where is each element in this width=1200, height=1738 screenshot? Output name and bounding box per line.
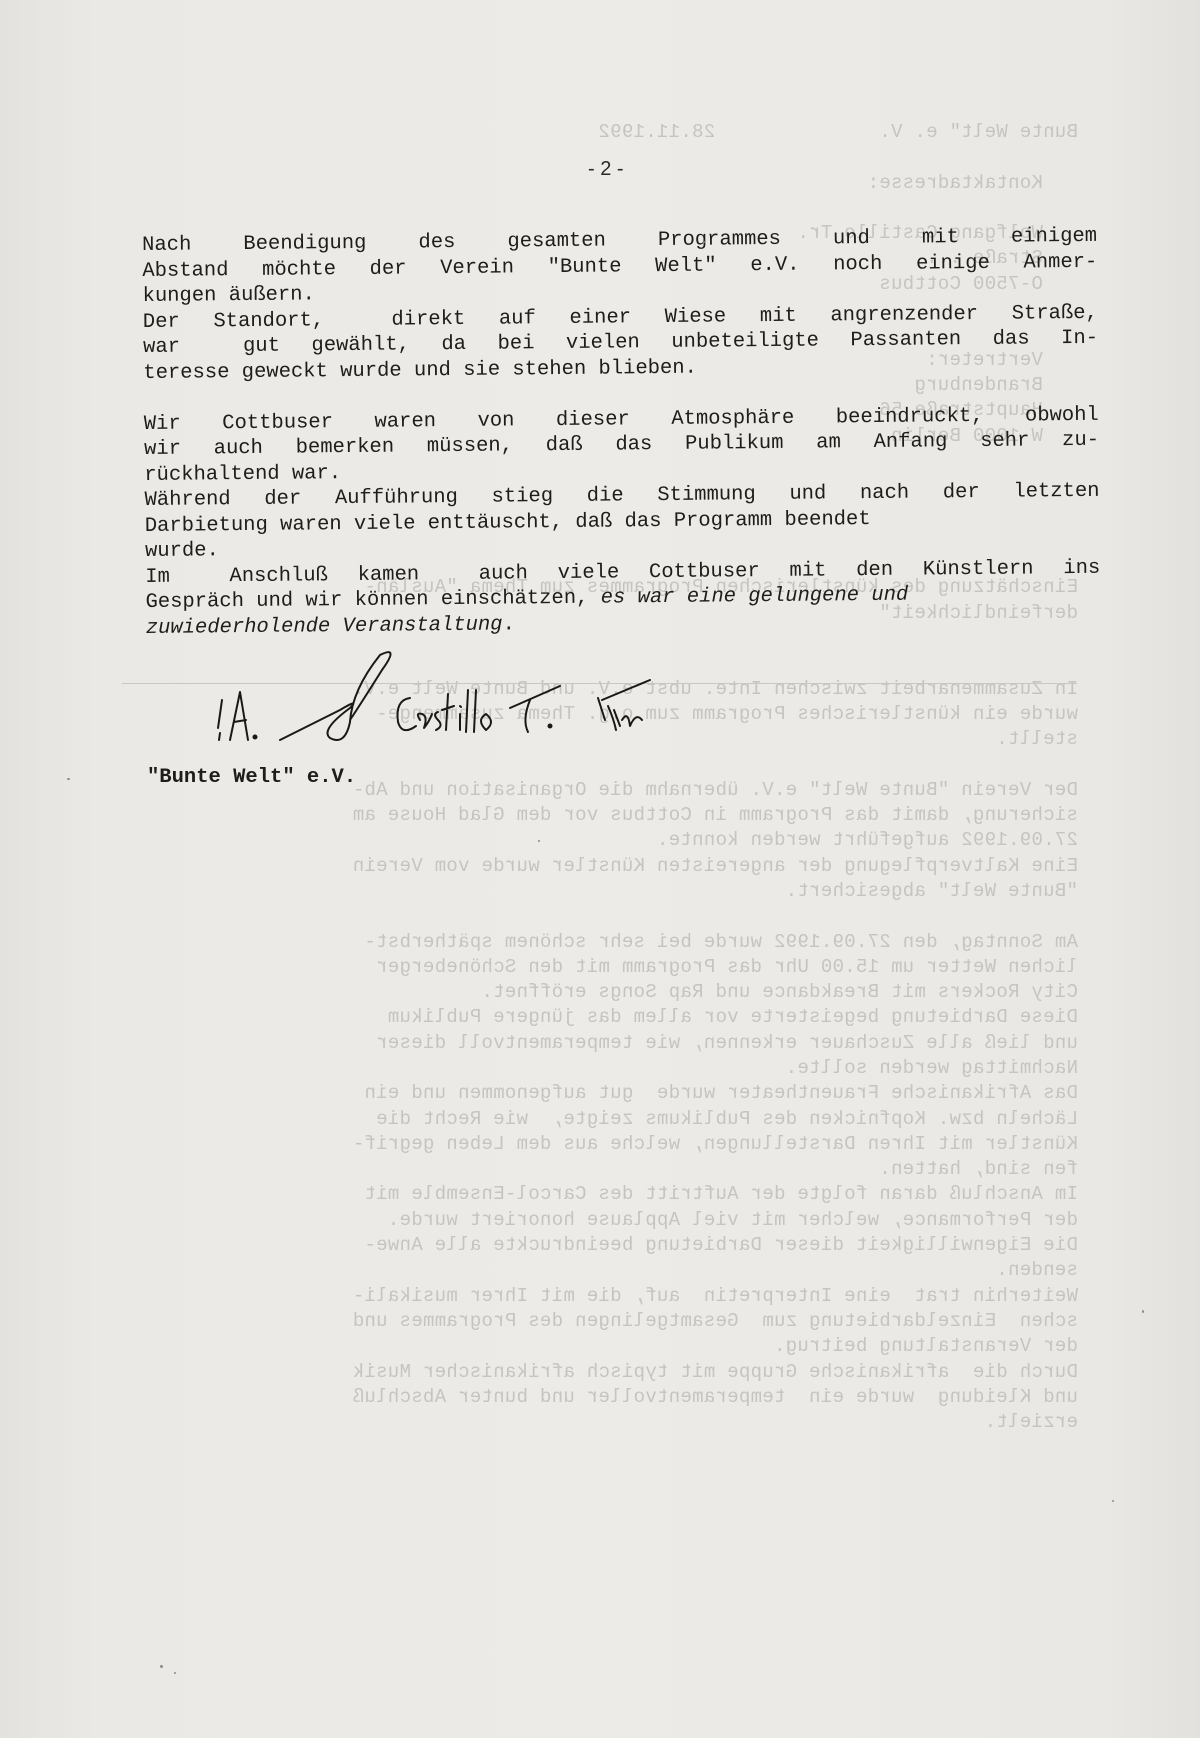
paragraph-atmosphere: Wir Cottbuser waren von dieser Atmosphär… <box>144 402 1101 641</box>
page-number: - 2 - <box>588 158 624 181</box>
show-through-line: 27.09.1992 aufgeführt werden konnte. <box>118 828 1078 853</box>
italic-conclusion-a: es war eine gelungene und <box>601 584 909 610</box>
paper-speck <box>67 778 70 780</box>
final-period: . <box>502 613 515 636</box>
show-through-line: und Kleidung wurde ein temperamentvoller… <box>118 1385 1078 1410</box>
show-through-line <box>118 196 1078 221</box>
show-through-line: Die Eigenwilligkeit dieser Darbietung be… <box>118 1233 1078 1258</box>
show-through-line: fen sind, hatten. <box>118 1157 1078 1182</box>
paper-speck <box>174 1672 176 1674</box>
paper-speck <box>538 840 540 842</box>
paragraph-remarks: Nach Beendigung des gesamten Programmes … <box>142 224 1098 386</box>
show-through-line: Das Afrikanische Frauentheater wurde gut… <box>118 1081 1078 1106</box>
show-through-line: erzielt. <box>118 1410 1078 1435</box>
signature-T <box>510 686 560 732</box>
organization-name: "Bunte Welt" e.V. <box>147 766 356 789</box>
show-through-line: und ließ alle Zuschauer erkennen, wie te… <box>118 1031 1078 1056</box>
signature-initial <box>280 652 391 740</box>
letter-body: Nach Beendigung des gesamten Programmes … <box>142 224 1101 667</box>
show-through-line: Am Sonntag, den 27.09.1992 wurde bei seh… <box>118 930 1078 955</box>
show-through-line: Bunte Welt" e. V. 28.11.1992 <box>118 120 1078 145</box>
show-through-line: Lächeln bzw. Kopfnicken des Publikums ze… <box>118 1107 1078 1132</box>
show-through-line: lichen Wetter um 15.00 Uhr das Programm … <box>118 955 1078 980</box>
signature-A <box>230 692 248 740</box>
show-through-line: senden. <box>118 1258 1078 1283</box>
show-through-line: sicherung, damit das Programm in Cottbus… <box>118 803 1078 828</box>
document-page: Bunte Welt" e. V. 28.11.1992 Kontaktadre… <box>0 0 1200 1738</box>
show-through-line: City Rockers mit Breakdance und Rap Song… <box>118 980 1078 1005</box>
show-through-line: Diese Darbietung begeisterte vor allem d… <box>118 1005 1078 1030</box>
show-through-line: Durch die afrikanische Gruppe mit typisc… <box>118 1360 1078 1385</box>
signature-tail <box>598 680 650 730</box>
signature-i <box>218 700 222 740</box>
show-through-line: Eine Kaltverpflegung der angereisten Kün… <box>118 854 1078 879</box>
show-through-line: Nachmittag werden sollte. <box>118 1056 1078 1081</box>
paper-speck <box>703 241 705 243</box>
show-through-line: der Performance, welcher mit viel Applau… <box>118 1208 1078 1233</box>
paper-speck <box>1112 1500 1114 1502</box>
text-segment: Gespräch und wir können einschätzen, <box>145 587 600 614</box>
show-through-line <box>118 904 1078 929</box>
italic-conclusion-b: zuwiederholende Veranstaltung <box>146 613 503 639</box>
show-through-line: der Veranstaltung beitrug. <box>118 1334 1078 1359</box>
paper-speck <box>1142 1310 1144 1313</box>
show-through-line: Weiterhin trat eine Interpretin auf, die… <box>118 1284 1078 1309</box>
show-through-line: "Bunte Welt" abgesichert. <box>118 879 1078 904</box>
signature-castillo <box>398 690 492 732</box>
show-through-line: schen Einzeldarbietung zum Gesamtgelinge… <box>118 1309 1078 1334</box>
show-through-line: Im Anschluß daran folgte der Auftritt de… <box>118 1182 1078 1207</box>
paper-speck <box>160 1665 163 1668</box>
show-through-line: Künstler mit Ihren Darstellungen, welche… <box>118 1132 1078 1157</box>
handwritten-signature <box>210 650 770 760</box>
